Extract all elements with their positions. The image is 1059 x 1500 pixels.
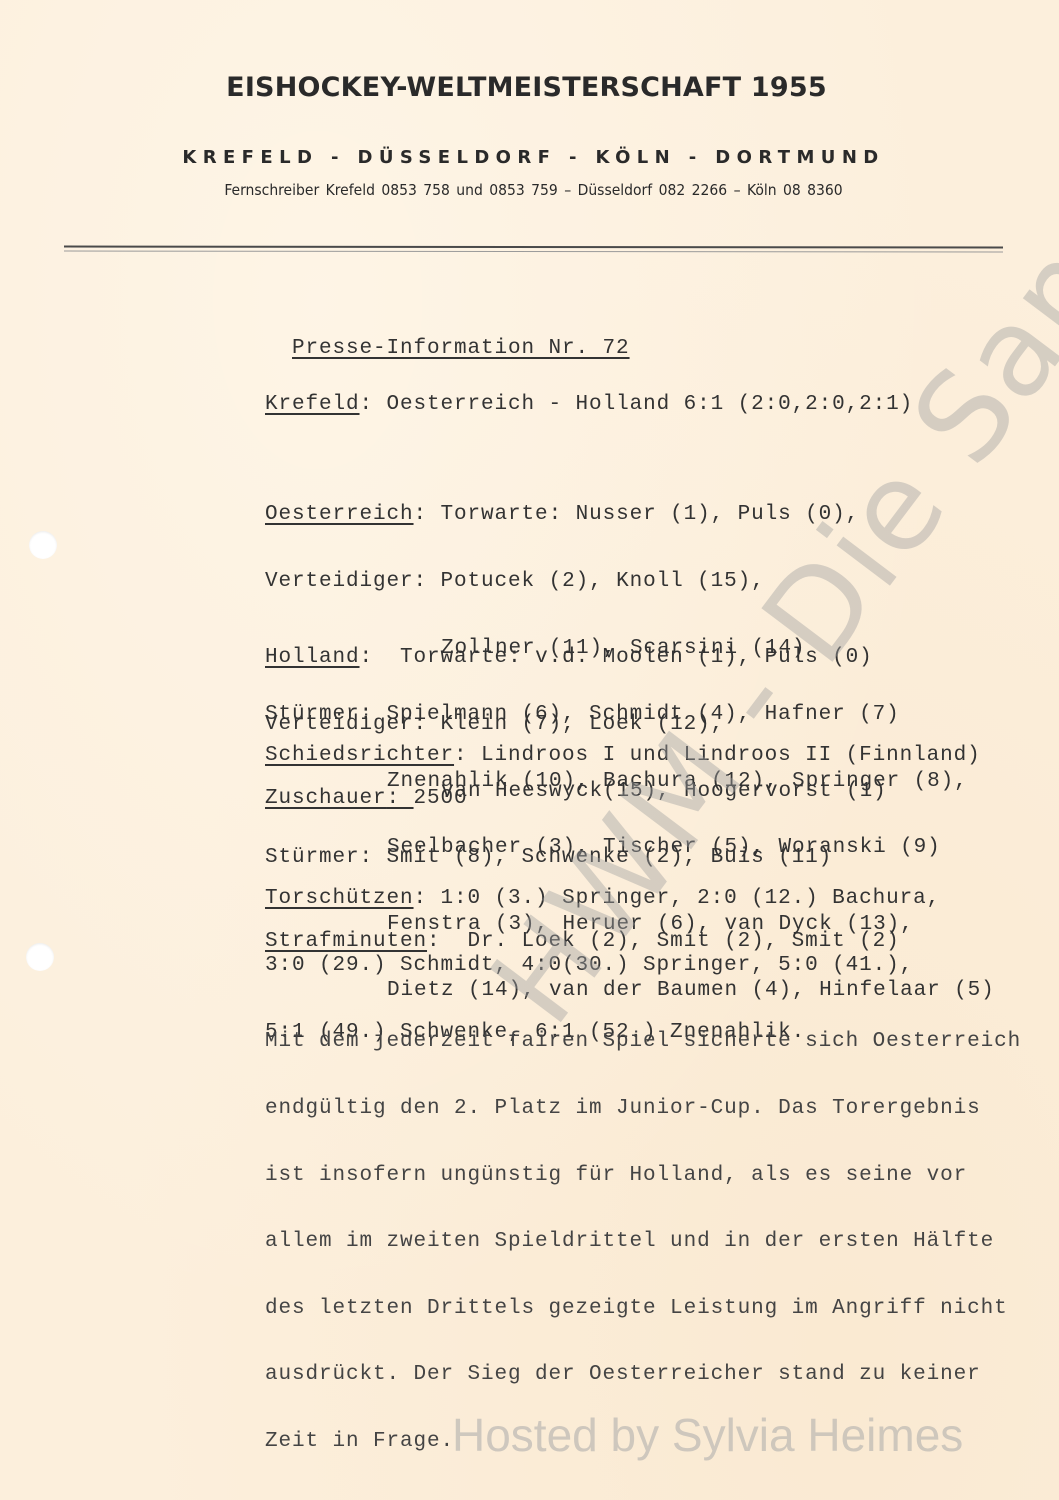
punch-hole-top — [29, 531, 57, 559]
punch-hole-bottom — [26, 943, 54, 971]
goalkeepers-label: Torwarte — [441, 503, 549, 526]
referees-line: Schiedsrichter: Lindroos I und Lindroos … — [265, 745, 981, 767]
match-result: Oesterreich - Holland 6:1 (2:0,2:0,2:1) — [387, 393, 914, 416]
penalties-value: Dr. Loek (2), Smit (2), Smit (2) — [468, 930, 900, 953]
defenders-value: Potucek (2), Knoll (15), — [441, 570, 765, 593]
letterhead-contact: Fernschreiber Krefeld 0853 758 und 0853 … — [4, 181, 1059, 199]
goalkeepers-row: Oesterreich: Torwarte: Nusser (1), Puls … — [265, 504, 968, 526]
team-name: Oesterreich — [265, 503, 414, 526]
header-rule-thick — [64, 246, 1003, 249]
goalkeepers-label: Torwarte — [400, 646, 508, 669]
report-line: Mit dem jederzeit fairen Spiel sicherte … — [265, 1031, 1021, 1053]
scorers-value: 1:0 (3.) Springer, 2:0 (12.) Bachura, — [441, 887, 941, 910]
defenders-label: Verteidiger — [265, 713, 414, 736]
label-colon: : — [360, 393, 387, 416]
report-line: des letzten Drittels gezeigte Leistung i… — [265, 1298, 1021, 1320]
defenders-label: Verteidiger — [265, 570, 414, 593]
referees-label: Schiedsrichter — [265, 744, 454, 767]
letterhead-cities: KREFELD - DÜSSELDORF - KÖLN - DORTMUND — [4, 147, 1059, 168]
penalties-line: Strafminuten: Dr. Loek (2), Smit (2), Sm… — [265, 931, 900, 953]
match-location-label: Krefeld — [265, 393, 360, 416]
press-title: Presse-Information Nr. 72 — [292, 338, 630, 360]
report-line: ausdrückt. Der Sieg der Oesterreicher st… — [265, 1364, 1021, 1386]
header-rule-thin — [64, 251, 1003, 253]
goalkeepers-row: Holland: Torwarte: v.d. Moolen (1), Puls… — [265, 647, 995, 669]
scorers-label: Torschützen — [265, 887, 414, 910]
scorers-row: Torschützen: 1:0 (3.) Springer, 2:0 (12.… — [265, 888, 940, 910]
spectators-line: Zuschauer: 2500 — [265, 788, 468, 810]
report-line: endgültig den 2. Platz im Junior-Cup. Da… — [265, 1098, 1021, 1120]
defenders-value: Klein (7), Loek (12), — [441, 713, 725, 736]
defenders-row: Verteidiger: Potucek (2), Knoll (15), — [265, 571, 968, 593]
referees-value: Lindroos I und Lindroos II (Finnland) — [481, 744, 981, 767]
report-line: Zeit in Frage. — [265, 1431, 1021, 1453]
penalties-label: Strafminuten — [265, 930, 427, 953]
goalkeepers-value: v.d. Moolen (1), Puls (0) — [535, 646, 873, 669]
scorers-row-cont: 3:0 (29.) Schmidt, 4:0(30.) Springer, 5:… — [265, 955, 940, 977]
goalkeepers-value: Nusser (1), Puls (0), — [576, 503, 860, 526]
match-line: Krefeld: Oesterreich - Holland 6:1 (2:0,… — [265, 394, 913, 416]
spectators-label: Zuschauer — [265, 787, 387, 810]
report-line: ist insofern ungünstig für Holland, als … — [265, 1165, 1021, 1187]
report-line: allem im zweiten Spieldrittel und in der… — [265, 1231, 1021, 1253]
spectators-value: 2500 — [414, 787, 468, 810]
team-name: Holland — [265, 646, 360, 669]
match-report: Mit dem jederzeit fairen Spiel sicherte … — [265, 987, 1021, 1475]
defenders-row: Verteidiger: Klein (7), Loek (12), — [265, 714, 995, 736]
letterhead-title: EISHOCKEY-WELTMEISTERSCHAFT 1955 — [0, 72, 1056, 103]
